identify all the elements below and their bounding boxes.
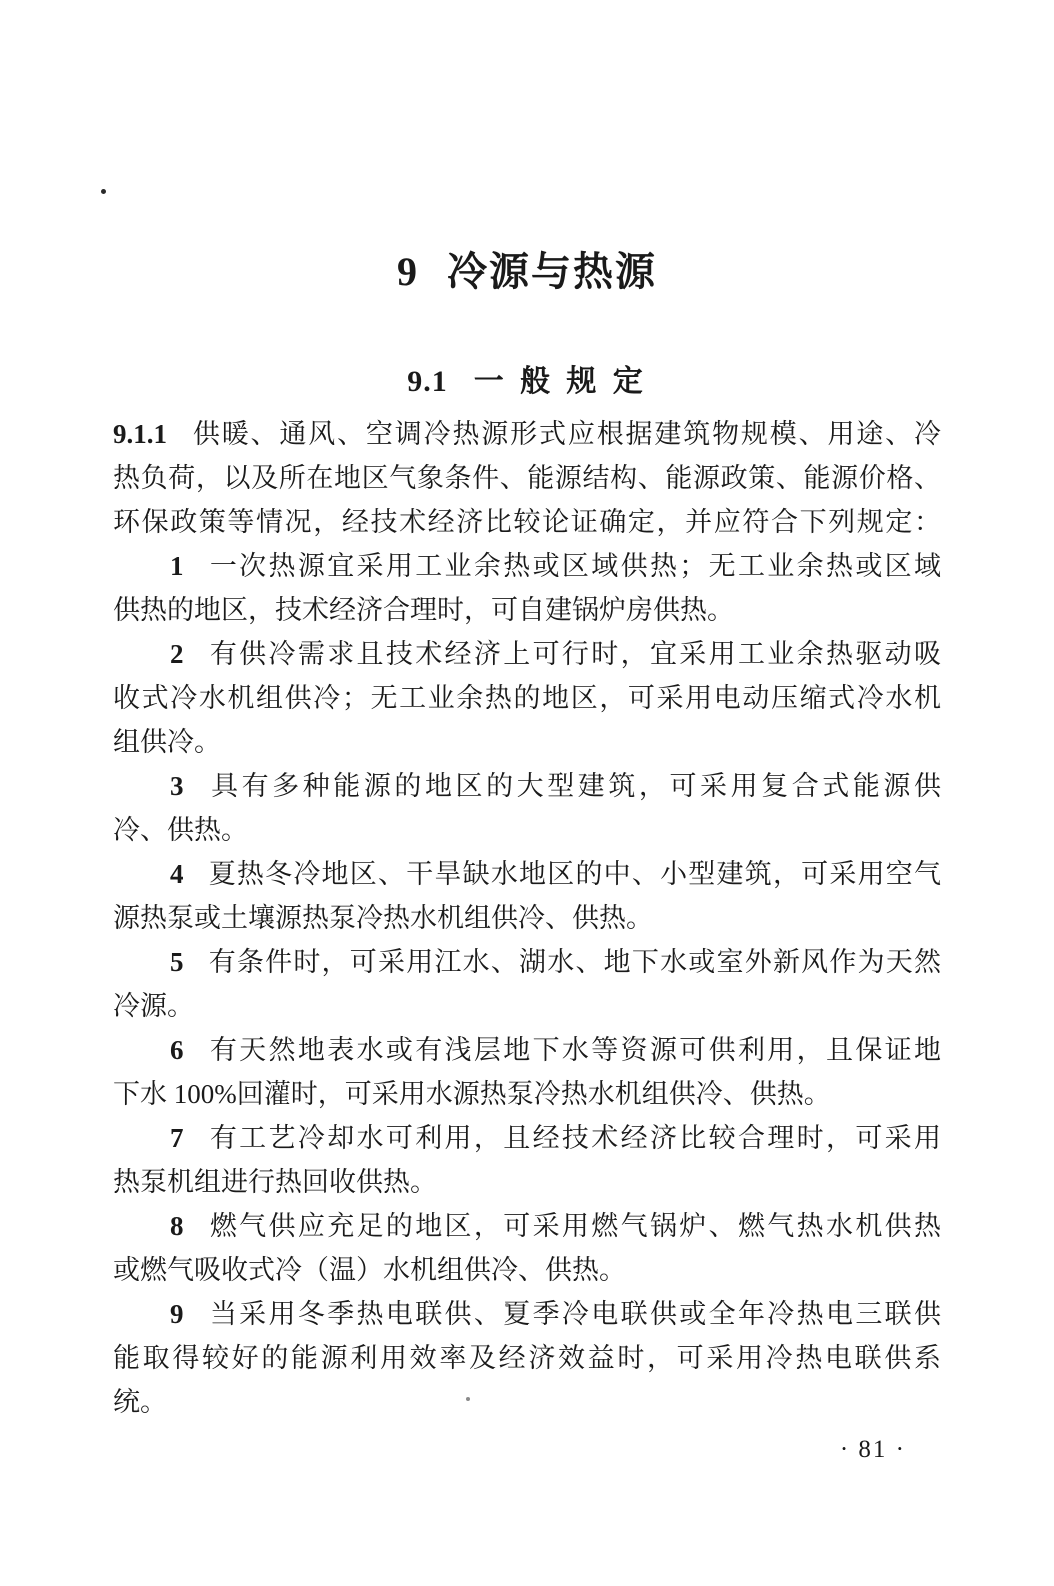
body-line: 供热的地区，技术经济合理时，可自建锅炉房供热。 xyxy=(113,588,941,632)
line-text: 冷源。 xyxy=(113,991,194,1021)
item-number: 2 xyxy=(170,639,184,669)
line-text: 或燃气吸收式冷（温）水机组供冷、供热。 xyxy=(113,1255,626,1285)
clause-body: 9.1.1供暖、通风、空调冷热源形式应根据建筑物规模、用途、冷热负荷，以及所在地… xyxy=(113,412,941,1424)
item-number: 4 xyxy=(170,859,184,889)
line-text: 有天然地表水或有浅层地下水等资源可供利用，且保证地 xyxy=(208,1035,942,1065)
document-page: 9冷源与热源 9.1一 般 规 定 9.1.1供暖、通风、空调冷热源形式应根据建… xyxy=(0,0,1054,1586)
body-line-numbered: 4夏热冬冷地区、干旱缺水地区的中、小型建筑，可采用空气 xyxy=(113,852,941,896)
body-line: 源热泵或土壤源热泵冷热水机组供冷、供热。 xyxy=(113,896,941,940)
line-text: 供热的地区，技术经济合理时，可自建锅炉房供热。 xyxy=(113,595,734,625)
line-text: 夏热冬冷地区、干旱缺水地区的中、小型建筑，可采用空气 xyxy=(208,859,942,889)
item-number: 1 xyxy=(170,551,184,581)
line-text: 下水 100%回灌时，可采用水源热泵冷热水机组供冷、供热。 xyxy=(113,1079,831,1109)
section-title-text: 一 般 规 定 xyxy=(474,365,647,398)
body-line: 组供冷。 xyxy=(113,720,941,764)
line-text: 热负荷，以及所在地区气象条件、能源结构、能源政策、能源价格、 xyxy=(113,463,941,493)
item-number: 9.1.1 xyxy=(113,419,167,449)
body-line: 统。 xyxy=(113,1380,941,1424)
item-number: 5 xyxy=(170,947,184,977)
body-line-numbered: 9当采用冬季热电联供、夏季冷电联供或全年冷热电三联供 xyxy=(113,1292,941,1336)
body-line: 冷源。 xyxy=(113,984,941,1028)
body-line: 热负荷，以及所在地区气象条件、能源结构、能源政策、能源价格、 xyxy=(113,456,941,500)
body-line-numbered: 8燃气供应充足的地区，可采用燃气锅炉、燃气热水机供热 xyxy=(113,1204,941,1248)
line-text: 能取得较好的能源利用效率及经济效益时，可采用冷热电联供系 xyxy=(113,1343,941,1373)
body-line-numbered: 3具有多种能源的地区的大型建筑，可采用复合式能源供 xyxy=(113,764,941,808)
line-text: 当采用冬季热电联供、夏季冷电联供或全年冷热电三联供 xyxy=(208,1299,942,1329)
section-number: 9.1 xyxy=(407,365,448,398)
line-text: 统。 xyxy=(113,1387,167,1417)
chapter-title-text: 冷源与热源 xyxy=(447,250,657,294)
item-number: 8 xyxy=(170,1211,184,1241)
item-number: 7 xyxy=(170,1123,184,1153)
line-text: 有工艺冷却水可利用，且经技术经济比较合理时，可采用 xyxy=(208,1123,942,1153)
line-text: 燃气供应充足的地区，可采用燃气锅炉、燃气热水机供热 xyxy=(208,1211,942,1241)
body-line: 环保政策等情况，经技术经济比较论证确定，并应符合下列规定： xyxy=(113,500,941,544)
body-line-numbered: 9.1.1供暖、通风、空调冷热源形式应根据建筑物规模、用途、冷 xyxy=(113,412,941,456)
chapter-number: 9 xyxy=(397,249,417,294)
line-text: 组供冷。 xyxy=(113,727,221,757)
body-line: 热泵机组进行热回收供热。 xyxy=(113,1160,941,1204)
line-text: 供暖、通风、空调冷热源形式应根据建筑物规模、用途、冷 xyxy=(191,419,941,449)
body-line: 收式冷水机组供冷；无工业余热的地区，可采用电动压缩式冷水机 xyxy=(113,676,941,720)
line-text: 具有多种能源的地区的大型建筑，可采用复合式能源供 xyxy=(208,771,942,801)
body-line-numbered: 2有供冷需求且技术经济上可行时，宜采用工业余热驱动吸 xyxy=(113,632,941,676)
line-text: 源热泵或土壤源热泵冷热水机组供冷、供热。 xyxy=(113,903,653,933)
line-text: 环保政策等情况，经技术经济比较论证确定，并应符合下列规定： xyxy=(113,507,941,537)
line-text: 有供冷需求且技术经济上可行时，宜采用工业余热驱动吸 xyxy=(208,639,942,669)
line-text: 热泵机组进行热回收供热。 xyxy=(113,1167,437,1197)
line-text: 一次热源宜采用工业余热或区域供热；无工业余热或区域 xyxy=(208,551,942,581)
item-number: 6 xyxy=(170,1035,184,1065)
item-number: 3 xyxy=(170,771,184,801)
body-line-numbered: 5有条件时，可采用江水、湖水、地下水或室外新风作为天然 xyxy=(113,940,941,984)
line-text: 有条件时，可采用江水、湖水、地下水或室外新风作为天然 xyxy=(208,947,942,977)
body-line-numbered: 7有工艺冷却水可利用，且经技术经济比较合理时，可采用 xyxy=(113,1116,941,1160)
body-line: 下水 100%回灌时，可采用水源热泵冷热水机组供冷、供热。 xyxy=(113,1072,941,1116)
body-line: 或燃气吸收式冷（温）水机组供冷、供热。 xyxy=(113,1248,941,1292)
line-text: 收式冷水机组供冷；无工业余热的地区，可采用电动压缩式冷水机 xyxy=(113,683,941,713)
body-line-numbered: 6有天然地表水或有浅层地下水等资源可供利用，且保证地 xyxy=(113,1028,941,1072)
body-line: 冷、供热。 xyxy=(113,808,941,852)
line-text: 冷、供热。 xyxy=(113,815,248,845)
chapter-title: 9冷源与热源 xyxy=(0,240,1054,297)
page-number: · 81 · xyxy=(840,1436,906,1464)
body-line-numbered: 1一次热源宜采用工业余热或区域供热；无工业余热或区域 xyxy=(113,544,941,588)
scan-speck xyxy=(101,189,106,194)
item-number: 9 xyxy=(170,1299,184,1329)
body-line: 能取得较好的能源利用效率及经济效益时，可采用冷热电联供系 xyxy=(113,1336,941,1380)
section-heading: 9.1一 般 规 定 xyxy=(0,356,1054,400)
